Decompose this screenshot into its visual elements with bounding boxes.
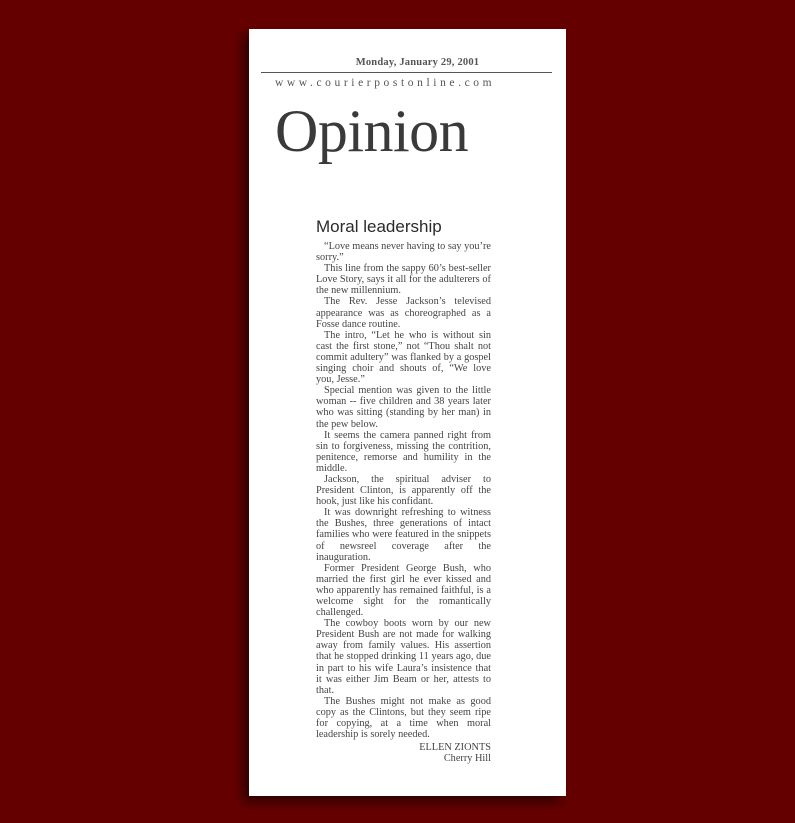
paragraph: The Bushes might not make as good copy a…	[316, 696, 491, 740]
section-title: Opinion	[275, 91, 468, 171]
paragraph: The cowboy boots worn by our new Preside…	[316, 618, 491, 696]
paragraph: This line from the sappy 60’s best-selle…	[316, 263, 491, 296]
paragraph: The Rev. Jesse Jackson’s televised appea…	[316, 296, 491, 329]
header-rule	[261, 72, 552, 73]
letter-article: Moral leadership “Love means never havin…	[316, 217, 491, 764]
website-url: www.courierpostonline.com	[275, 77, 495, 89]
signature: ELLEN ZIONTS Cherry Hill	[316, 742, 491, 764]
article-headline: Moral leadership	[316, 217, 491, 237]
newspaper-clipping: Monday, January 29, 2001 www.courierpost…	[249, 29, 566, 796]
dateline: Monday, January 29, 2001	[249, 57, 566, 68]
paragraph: The intro, “Let he who is without sin ca…	[316, 330, 491, 385]
paragraph: It was downright refreshing to witness t…	[316, 507, 491, 562]
author-location: Cherry Hill	[316, 753, 491, 764]
paragraph: Former President George Bush, who marrie…	[316, 563, 491, 618]
paragraph: “Love means never having to say you’re s…	[316, 241, 491, 263]
author-name: ELLEN ZIONTS	[316, 742, 491, 753]
article-body: “Love means never having to say you’re s…	[316, 241, 491, 740]
paragraph: It seems the camera panned right from si…	[316, 430, 491, 474]
paragraph: Special mention was given to the little …	[316, 385, 491, 429]
paragraph: Jackson, the spiritual adviser to Presid…	[316, 474, 491, 507]
